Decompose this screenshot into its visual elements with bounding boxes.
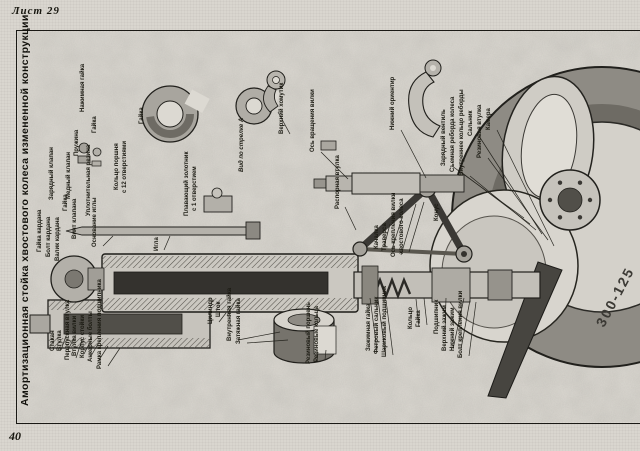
part-label: Винт клапана: [72, 199, 79, 239]
part-label: Ось крепления вилки: [391, 193, 398, 257]
part-label: Верхний зажим: [442, 305, 449, 351]
part-label: Гайка: [92, 116, 99, 133]
part-label: Распорная втулка: [335, 155, 342, 209]
part-label: Медный клапан: [66, 152, 73, 199]
part-label: Сальник: [468, 110, 475, 136]
part-label: Верхний хомутик: [279, 83, 286, 134]
part-label: Подшипник: [434, 300, 441, 334]
part-label: Внутренняя гайка: [227, 288, 234, 341]
part-label: Рамка крепления подшипника: [97, 279, 104, 369]
part-label: Гайка: [416, 310, 423, 327]
part-label: Плавающий золотник: [184, 152, 191, 217]
part-label: Резиновые кольца: [314, 306, 321, 362]
part-label: хвостового колеса: [399, 198, 406, 254]
part-label: с 1 отверстием: [192, 166, 199, 211]
part-label: Внутреннее кольцо реборды: [459, 89, 466, 176]
part-label: Втулка вилки: [72, 316, 79, 356]
part-label: Втулка: [57, 330, 64, 351]
part-label: Шток: [216, 301, 223, 317]
part-label: Резиновая втулка: [477, 105, 484, 158]
figure-title-vertical: Амортизационная стойка хвостового колеса…: [19, 40, 34, 406]
part-label: Качалка: [374, 225, 381, 249]
part-label: Пружина: [74, 130, 81, 156]
part-label: Болт кардана: [46, 217, 53, 257]
part-label: Нижний ориентир: [390, 77, 397, 130]
part-label: Зажимная гайка: [366, 304, 373, 351]
part-label: Зарядный клапан: [49, 147, 56, 200]
part-label: Гайка кардана: [37, 210, 44, 252]
part-label: Гайка: [139, 107, 146, 124]
view-arrow-note: Вид по стрелке А: [239, 118, 246, 172]
technical-drawing: 300-125: [18, 32, 640, 422]
part-label: Конус: [434, 204, 441, 221]
part-label: Затяжная гайка: [236, 298, 243, 344]
part-label: Траверса: [382, 223, 389, 251]
part-label: Фетровый сальник: [374, 297, 381, 354]
part-label: Съемная реборда колеса: [450, 97, 457, 172]
part-label: Анкерные болты: [88, 311, 95, 362]
part-label: Шариковый подшипник: [382, 286, 389, 357]
part-label: Перепускная втулка: [65, 300, 72, 360]
scanned-page: Лист 29: [0, 0, 640, 451]
part-label: Зарядный вентиль: [441, 109, 448, 166]
part-label: Корпус стойки: [80, 315, 87, 358]
part-label: Ось вращения вилки: [310, 89, 317, 152]
part-label: Кольцо поршня: [114, 143, 121, 190]
part-label: с 12 отверстиями: [122, 141, 129, 193]
page-number: 40: [9, 429, 21, 444]
part-label: Нажимная гайка: [80, 64, 87, 112]
part-label: Игла: [154, 237, 161, 251]
part-label: Кольцо: [408, 307, 415, 329]
part-label: Основание иглы: [92, 197, 99, 247]
part-label: Стакан: [50, 330, 57, 351]
part-label: Камера: [486, 108, 493, 130]
part-label: Валик кардана: [55, 217, 62, 261]
part-label: Нижний зажим: [450, 307, 457, 351]
part-label: Резиновый поршень: [306, 302, 313, 364]
part-label: Цилиндр: [208, 297, 215, 324]
part-label: Гайка: [63, 194, 70, 211]
part-label: Болт крепления вилки: [458, 291, 465, 358]
